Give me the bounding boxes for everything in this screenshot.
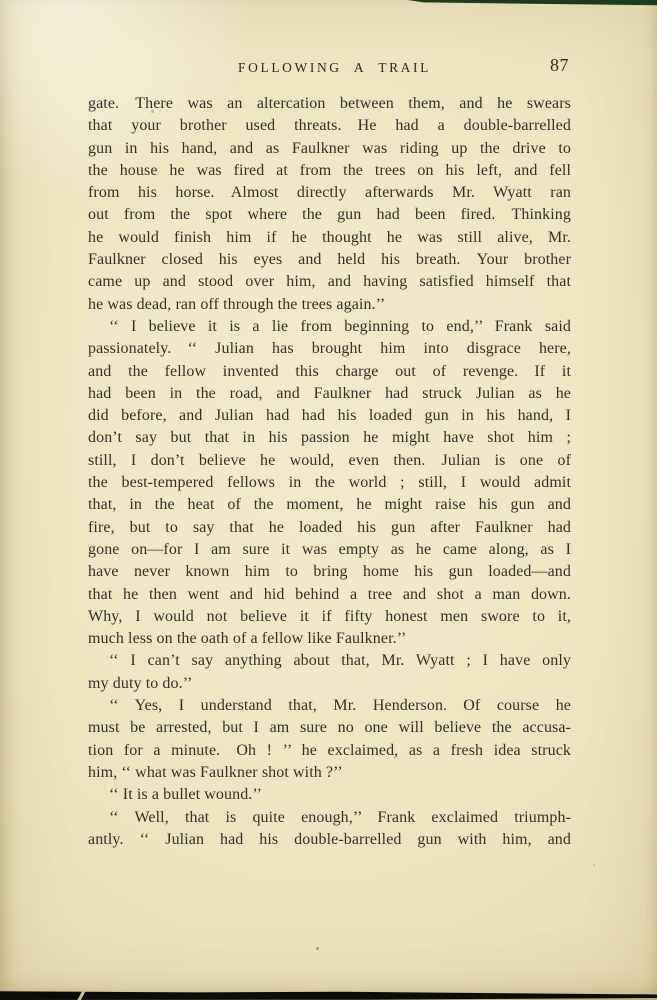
text-line: did before, and Julian had had his loade… [88, 405, 571, 427]
page-header: FOLLOWING A TRAIL 87 [88, 60, 571, 82]
book-page-scan: FOLLOWING A TRAIL 87 gate. There was an … [0, 0, 657, 1000]
text-line: gone on—for I am sure it was empty as he… [88, 539, 571, 561]
text-line: and the fellow invented this charge out … [88, 361, 571, 383]
scan-edge-top [0, 0, 657, 8]
text-line: gate. There was an altercation between t… [88, 93, 571, 115]
text-line: ‘‘ It is a bullet wound.’’ [88, 784, 571, 806]
page-number: 87 [550, 55, 569, 76]
text-line: have never known him to bring home his g… [88, 561, 571, 583]
text-line: out from the spot where the gun had been… [88, 204, 571, 226]
text-line: tion for a minute. Oh ! ’’ he exclaimed,… [88, 740, 571, 762]
text-line: that, in the heat of the moment, he migh… [88, 494, 571, 516]
text-line: the best-tempered fellows in the world ;… [88, 472, 571, 494]
text-line: don’t say but that in his passion he mig… [88, 427, 571, 449]
text-line: from his horse. Almost directly afterwar… [88, 182, 571, 204]
text-line: Faulkner closed his eyes and held his br… [88, 249, 571, 271]
text-line: he was dead, ran off through the trees a… [88, 294, 571, 316]
text-line: ‘‘ Yes, I understand that, Mr. Henderson… [88, 695, 571, 717]
text-line: antly. ‘‘ Julian had his double-barrelle… [88, 829, 571, 851]
text-line: gun in his hand, and as Faulkner was rid… [88, 138, 571, 160]
text-line: passionately. ‘‘ Julian has brought him … [88, 338, 571, 360]
text-line: had been in the road, and Faulkner had s… [88, 383, 571, 405]
text-line: ‘‘ I can’t say anything about that, Mr. … [88, 650, 571, 672]
text-line: still, I don’t believe he would, even th… [88, 450, 571, 472]
text-line: he would finish him if he thought he was… [88, 227, 571, 249]
paper-speck [593, 864, 595, 866]
text-line: the house he was fired at from the trees… [88, 160, 571, 182]
text-line: Why, I would not believe it if fifty hon… [88, 606, 571, 628]
text-line: must be arrested, but I am sure no one w… [88, 717, 571, 739]
text-line: came up and stood over him, and having s… [88, 271, 571, 293]
paper-speck [316, 947, 319, 950]
text-line: much less on the oath of a fellow like F… [88, 628, 571, 650]
text-line: ‘‘ Well, that is quite enough,’’ Frank e… [88, 807, 571, 829]
text-line: my duty to do.’’ [88, 673, 571, 695]
scan-edge-bottom [0, 990, 657, 1000]
text-line: that he then went and hid behind a tree … [88, 584, 571, 606]
text-line: ‘‘ I believe it is a lie from beginning … [88, 316, 571, 338]
text-line: fire, but to say that he loaded his gun … [88, 517, 571, 539]
text-line: that your brother used threats. He had a… [88, 115, 571, 137]
page-body: gate. There was an altercation between t… [88, 93, 571, 851]
running-title: FOLLOWING A TRAIL [98, 60, 571, 76]
text-line: him, ‘‘ what was Faulkner shot with ?’’ [88, 762, 571, 784]
